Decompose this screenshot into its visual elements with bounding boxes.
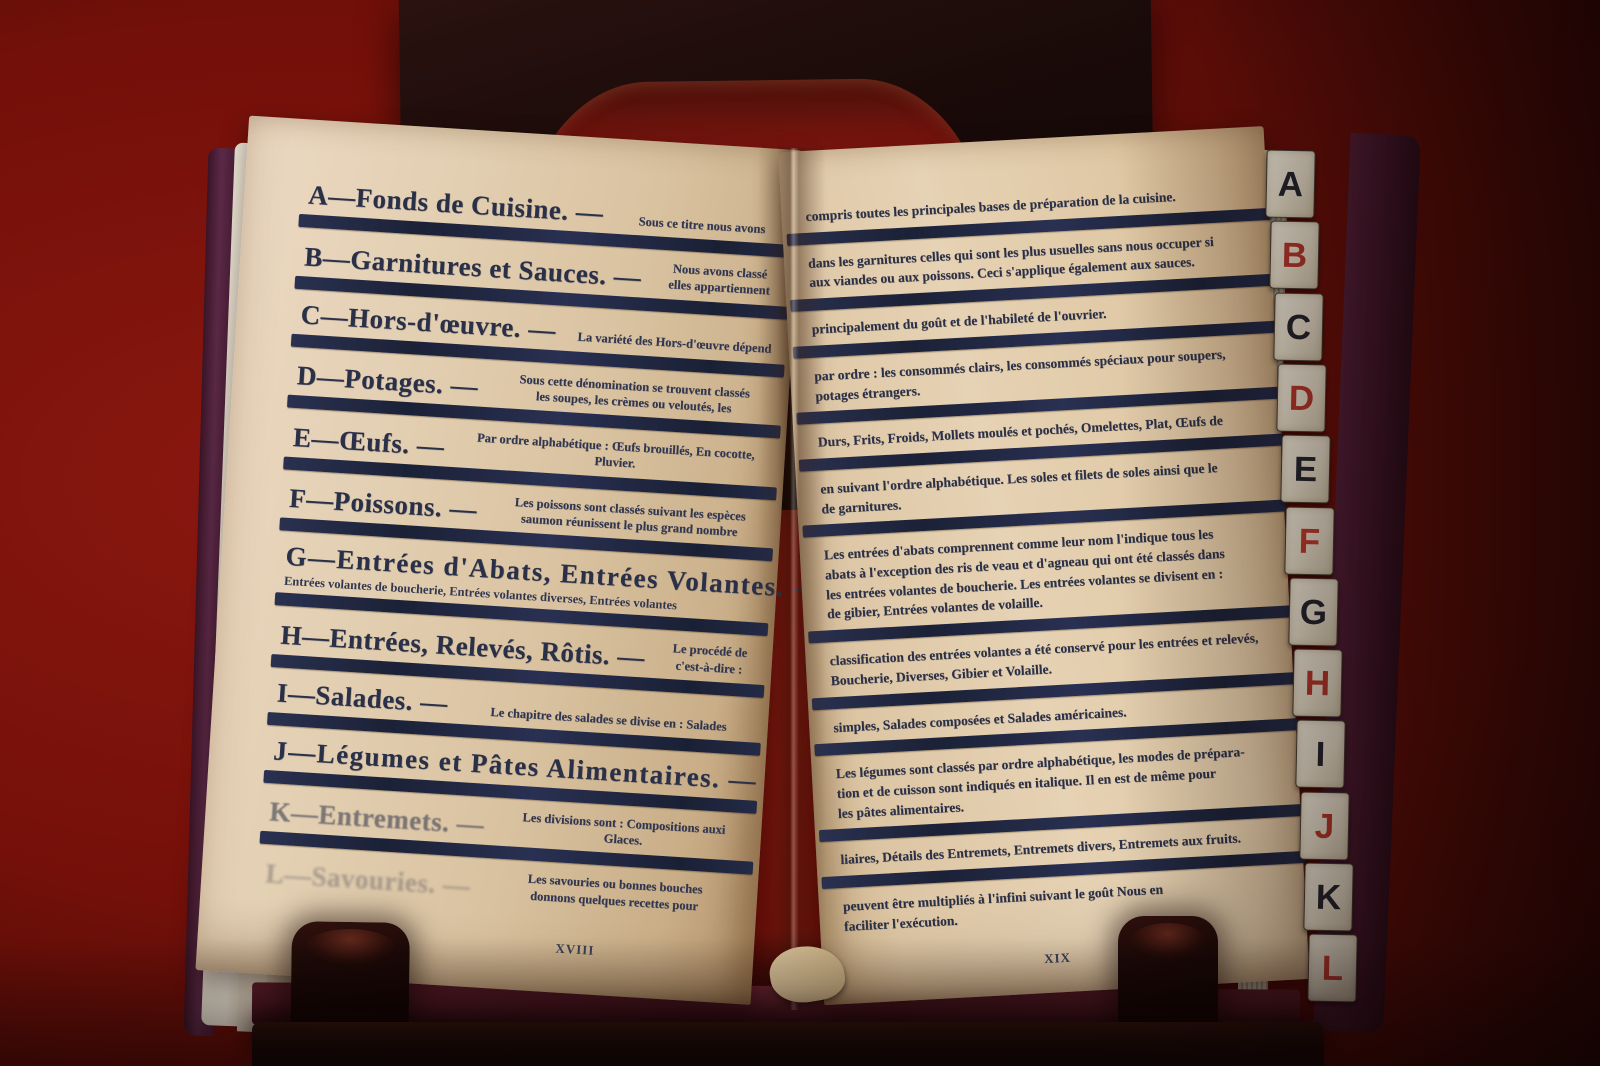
tab-letter: K [1315, 879, 1341, 915]
right-page-content: compris toutes les principales bases de … [778, 126, 1309, 1005]
right-page-number: XIX [1044, 950, 1072, 967]
left-page-content: A—Fonds de Cuisine. —Sous ce titre nous … [195, 116, 804, 1005]
tab-F: F [1284, 506, 1334, 575]
alphabet-tabs: ABCDEFGHIJKL [1266, 150, 1326, 1012]
tab-I: I [1296, 720, 1346, 789]
left-page-number: XVIII [555, 940, 595, 958]
tab-letter: I [1316, 737, 1326, 772]
tab-G: G [1288, 577, 1338, 646]
entry-title: E—Œufs. — [292, 422, 445, 463]
tab-B: B [1269, 221, 1319, 290]
tab-letter: C [1285, 309, 1311, 345]
entry-title: L—Savouries. — [265, 858, 472, 902]
entry-note: Le procédé dec'est-à-dire : [658, 640, 761, 681]
tab-E: E [1280, 435, 1330, 504]
tab-letter: D [1289, 380, 1315, 416]
tab-D: D [1277, 363, 1327, 432]
tab-letter: E [1294, 451, 1318, 486]
tab-letter: J [1315, 808, 1335, 843]
stand-base [252, 1022, 1324, 1066]
tab-H: H [1292, 649, 1342, 718]
tab-letter: F [1298, 523, 1320, 558]
entry-note: Les savouries ou bonnes bouchesdonnons q… [483, 868, 746, 919]
right-page: compris toutes les principales bases de … [778, 126, 1309, 1005]
tab-letter: G [1299, 594, 1327, 630]
tab-letter: B [1281, 238, 1307, 274]
tab-K: K [1303, 862, 1353, 931]
tab-letter: A [1277, 166, 1303, 202]
tab-letter: L [1321, 951, 1343, 986]
tab-L: L [1307, 934, 1357, 1003]
tab-A: A [1265, 149, 1315, 218]
gutter-shadow [758, 148, 826, 1010]
entry-title: I—Salades. — [276, 677, 449, 719]
tab-C: C [1273, 292, 1323, 361]
tab-J: J [1299, 791, 1349, 860]
photo-scene: A—Fonds de Cuisine. —Sous ce titre nous … [0, 0, 1600, 1066]
tab-letter: H [1304, 665, 1330, 701]
left-page: A—Fonds de Cuisine. —Sous ce titre nous … [195, 116, 804, 1005]
